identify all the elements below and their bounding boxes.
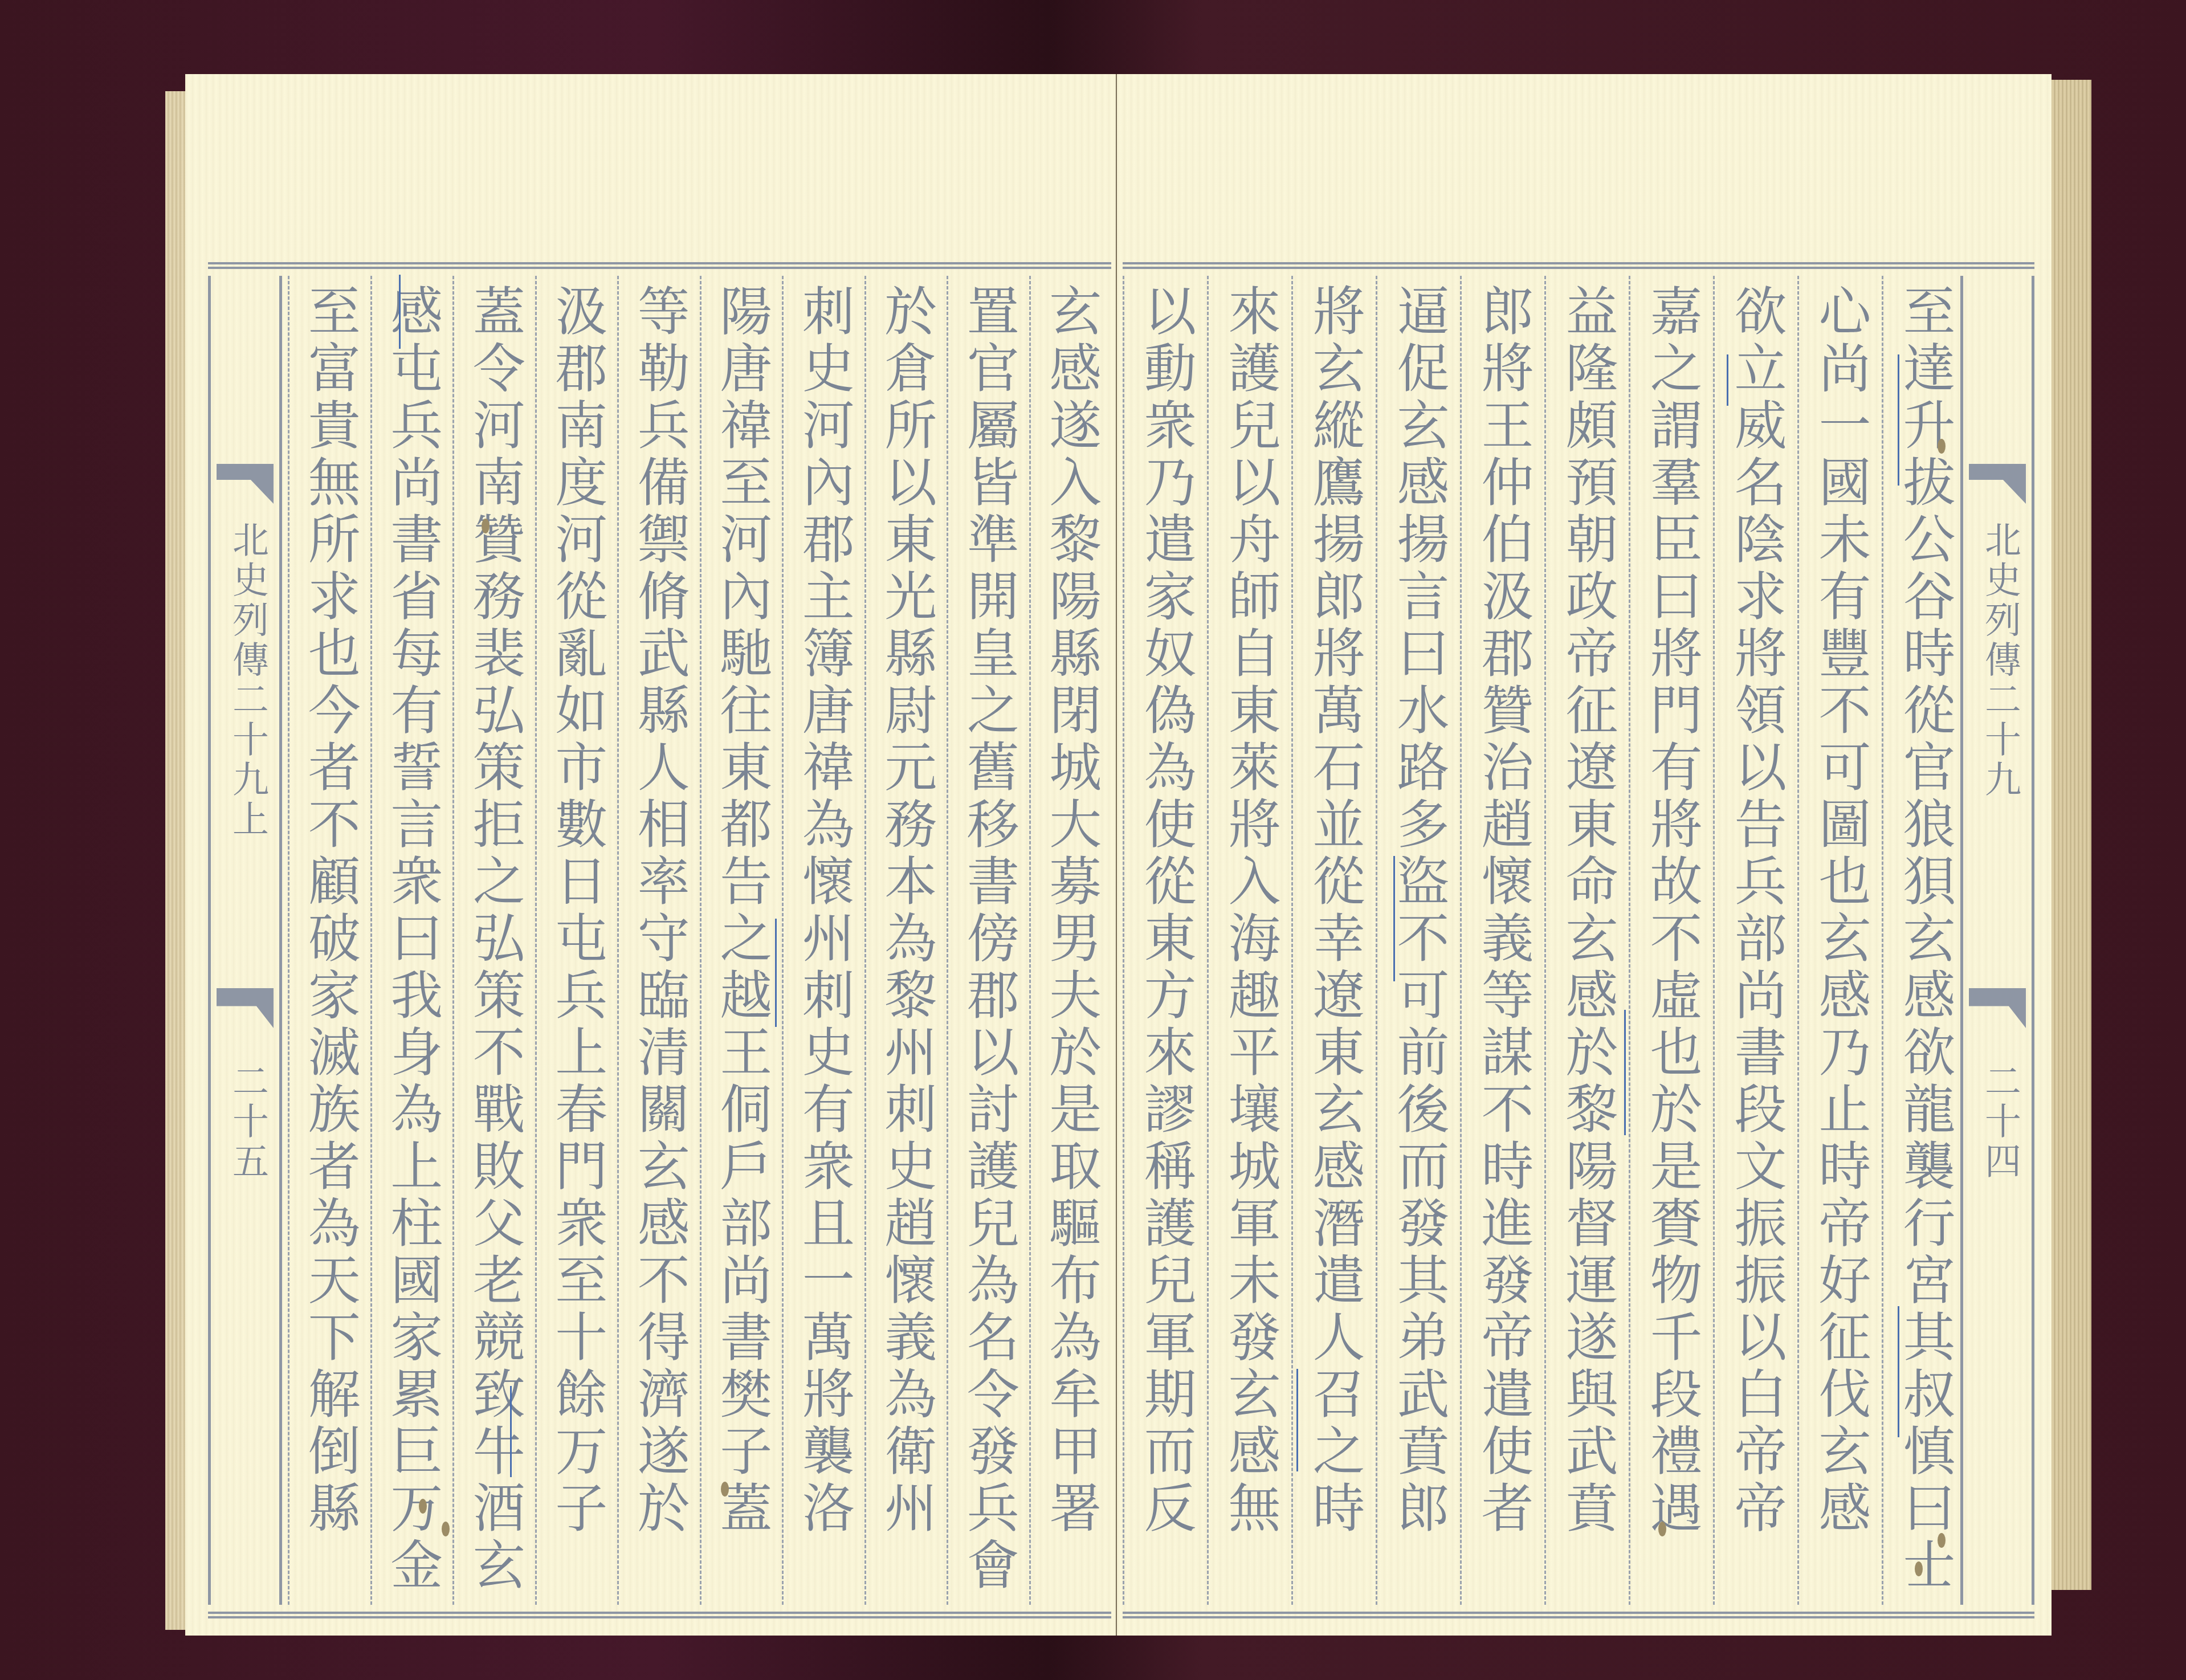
text-column: 於倉所以東光縣尉元務本為黎州刺史趙懷義為衛州 — [864, 276, 947, 1605]
text-column: 將玄縱鷹揚郎將萬石並從幸遼東玄感潛遣人召之時 — [1291, 276, 1376, 1605]
left-page-center-margin: 北史列傳二十九上 二十五 — [208, 276, 282, 1605]
blue-annotation-mark — [1727, 354, 1728, 406]
wormhole-damage — [1938, 1533, 1946, 1548]
column-text: 益隆頗預朝政帝征遼東命玄感於黎陽督運遂與武賁 — [1561, 284, 1614, 1538]
wormhole-damage — [721, 1482, 729, 1496]
text-column: 心尚一國未有豐不可圖也玄感乃止時帝好征伐玄感 — [1797, 276, 1882, 1605]
column-text: 至富貴無所求也今者不顧破家滅族者為天下解倒縣 — [304, 284, 356, 1538]
page-edges-right — [2052, 80, 2091, 1590]
upper-fishtail-mark — [1969, 464, 2026, 504]
text-column: 蓋令河南贊務裴弘策拒之弘策不戰敗父老競致牛酒玄 — [452, 276, 535, 1605]
column-text: 至達升拔公谷時從官狼狽玄感欲龍襲行宮其叔慎曰士 — [1899, 284, 1951, 1595]
page-number-label: 二十四 — [1975, 1062, 2026, 1182]
column-text: 陽唐禕至河內馳往東都告之越王侗戶部尚書樊子蓋 — [715, 284, 768, 1538]
text-column: 郎將王仲伯汲郡贊治趙懷義等謀不時進發帝遣使者 — [1460, 276, 1544, 1605]
book-title-label: 北史列傳二十九 — [1975, 521, 2026, 800]
blue-annotation-mark — [1624, 1010, 1626, 1135]
open-book: 北史列傳二十九上 二十五 玄感遂入黎陽縣閉城大募男夫於是取驅布為牟甲署 置官屬皆… — [165, 74, 2091, 1636]
right-page-center-margin: 北史列傳二十九 二十四 — [1960, 276, 2034, 1605]
upper-fishtail-mark — [217, 464, 274, 504]
text-column: 來護兒以舟師自東萊將入海趣平壤城軍未發玄感無 — [1207, 276, 1291, 1605]
blue-annotation-mark — [510, 1386, 512, 1477]
text-column: 玄感遂入黎陽縣閉城大募男夫於是取驅布為牟甲署 — [1029, 276, 1112, 1605]
column-text: 嘉之謂羣臣曰將門有將故不虛也於是賚物千段禮遇 — [1646, 284, 1698, 1538]
text-column: 至富貴無所求也今者不顧破家滅族者為天下解倒縣 — [288, 276, 370, 1605]
blue-annotation-mark — [399, 275, 401, 349]
text-column: 置官屬皆準開皇之舊移書傍郡以討護兒為名令發兵會 — [947, 276, 1029, 1605]
text-column: 欲立威名陰求將領以告兵部尚書段文振振以白帝帝 — [1713, 276, 1797, 1605]
column-text: 心尚一國未有豐不可圖也玄感乃止時帝好征伐玄感 — [1814, 284, 1867, 1538]
column-text: 玄感遂入黎陽縣閉城大募男夫於是取驅布為牟甲署 — [1045, 284, 1097, 1538]
text-column: 逼促玄感揚言曰水路多盜不可前後而發其弟武賁郎 — [1376, 276, 1460, 1605]
page-number-label: 二十五 — [222, 1062, 274, 1182]
blue-annotation-mark — [1898, 354, 1899, 486]
lower-fishtail-mark — [1969, 988, 2026, 1028]
text-column: 感屯兵尚書省每有誓言衆曰我身為上柱國家累巨万金 — [370, 276, 453, 1605]
page-edges-left — [165, 91, 188, 1630]
wormhole-damage — [442, 1522, 450, 1536]
text-column: 等勒兵備禦脩武縣人相率守臨清關玄感不得濟遂於 — [617, 276, 700, 1605]
column-text: 等勒兵備禦脩武縣人相率守臨清關玄感不得濟遂於 — [633, 284, 686, 1538]
text-column: 刺史河內郡主簿唐禕為懷州刺史有衆且一萬將襲洛 — [782, 276, 864, 1605]
lower-fishtail-mark — [217, 988, 274, 1028]
blue-annotation-mark — [775, 919, 777, 1027]
column-text: 汲郡南度河從亂如市數日屯兵上春門衆至十餘万子 — [550, 284, 603, 1538]
wormhole-damage — [1915, 1561, 1923, 1576]
column-text: 於倉所以東光縣尉元務本為黎州刺史趙懷義為衛州 — [880, 284, 932, 1538]
text-column: 益隆頗預朝政帝征遼東命玄感於黎陽督運遂與武賁 — [1544, 276, 1629, 1605]
wormhole-damage — [1938, 439, 1946, 454]
text-column: 至達升拔公谷時從官狼狽玄感欲龍襲行宮其叔慎曰士 — [1882, 276, 1966, 1605]
column-text: 感屯兵尚書省每有誓言衆曰我身為上柱國家累巨万金 — [386, 284, 438, 1595]
column-text: 置官屬皆準開皇之舊移書傍郡以討護兒為名令發兵會 — [963, 284, 1015, 1595]
left-page-text-columns: 玄感遂入黎陽縣閉城大募男夫於是取驅布為牟甲署 置官屬皆準開皇之舊移書傍郡以討護兒… — [288, 276, 1111, 1605]
left-page-print-frame: 北史列傳二十九上 二十五 玄感遂入黎陽縣閉城大募男夫於是取驅布為牟甲署 置官屬皆… — [208, 262, 1111, 1618]
column-text: 刺史河內郡主簿唐禕為懷州刺史有衆且一萬將襲洛 — [798, 284, 850, 1538]
text-column: 以動衆乃遣家奴偽為使從東方來謬稱護兒軍期而反 — [1123, 276, 1207, 1605]
text-column: 陽唐禕至河內馳往東都告之越王侗戶部尚書樊子蓋 — [700, 276, 782, 1605]
blue-annotation-mark — [1898, 1306, 1899, 1437]
column-text: 來護兒以舟師自東萊將入海趣平壤城軍未發玄感無 — [1224, 284, 1276, 1538]
column-text: 欲立威名陰求將領以告兵部尚書段文振振以白帝帝 — [1730, 284, 1783, 1538]
blue-annotation-mark — [1393, 856, 1395, 981]
right-page-print-frame: 北史列傳二十九 二十四 至達升拔公谷時從官狼狽玄感欲龍襲行宮其叔慎曰士 心尚一國… — [1123, 262, 2034, 1618]
wormhole-damage — [419, 1499, 427, 1514]
right-page-text-columns: 至達升拔公谷時從官狼狽玄感欲龍襲行宮其叔慎曰士 心尚一國未有豐不可圖也玄感乃止時… — [1123, 276, 1966, 1605]
column-text: 郎將王仲伯汲郡贊治趙懷義等謀不時進發帝遣使者 — [1477, 284, 1530, 1538]
wormhole-damage — [482, 519, 490, 533]
wormhole-damage — [1658, 1522, 1666, 1536]
left-page: 北史列傳二十九上 二十五 玄感遂入黎陽縣閉城大募男夫於是取驅布為牟甲署 置官屬皆… — [185, 74, 1117, 1636]
column-text: 蓋令河南贊務裴弘策拒之弘策不戰敗父老競致牛酒玄 — [468, 284, 521, 1595]
text-column: 汲郡南度河從亂如市數日屯兵上春門衆至十餘万子 — [535, 276, 618, 1605]
book-title-label: 北史列傳二十九上 — [222, 521, 274, 840]
column-text: 以動衆乃遣家奴偽為使從東方來謬稱護兒軍期而反 — [1140, 284, 1192, 1538]
column-text: 逼促玄感揚言曰水路多盜不可前後而發其弟武賁郎 — [1393, 284, 1445, 1538]
text-column: 嘉之謂羣臣曰將門有將故不虛也於是賚物千段禮遇 — [1629, 276, 1713, 1605]
blue-annotation-mark — [1296, 1369, 1298, 1471]
column-text: 將玄縱鷹揚郎將萬石並從幸遼東玄感潛遣人召之時 — [1308, 284, 1361, 1538]
right-page: 北史列傳二十九 二十四 至達升拔公谷時從官狼狽玄感欲龍襲行宮其叔慎曰士 心尚一國… — [1117, 74, 2052, 1636]
